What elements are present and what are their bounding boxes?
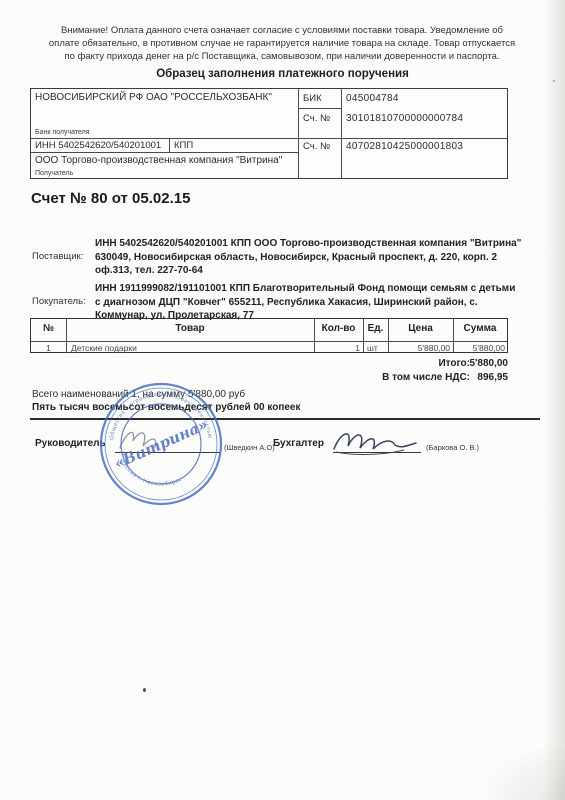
col-header-num: № <box>31 323 66 334</box>
company-stamp: Общество с ограниченной ответственностью… <box>97 380 225 508</box>
divider <box>169 138 170 152</box>
kpp-label: КПП <box>174 140 193 151</box>
col-header-qty: Кол-во <box>314 323 363 334</box>
account-label: Сч. № <box>303 141 330 152</box>
payment-order-sample-title: Образец заполнения платежного поручения <box>0 68 565 80</box>
buyer-details: ИНН 1911999082/191101001 КПП Благотворит… <box>95 282 543 323</box>
row-unit: шт <box>367 343 378 353</box>
row-qty: 1 <box>314 343 360 353</box>
col-header-sum: Сумма <box>453 323 507 334</box>
buyer-label: Покупатель: <box>32 296 86 307</box>
divider <box>298 89 299 178</box>
supplier-label: Поставщик: <box>32 251 83 262</box>
corr-account-label: Сч. № <box>303 113 330 124</box>
accountant-name: (Баркова О. В.) <box>426 443 479 452</box>
account-value: 40702810425000001803 <box>346 141 463 152</box>
bank-label: Банк получателя <box>35 129 90 136</box>
invoice-title: Счет № 80 от 05.02.15 <box>31 190 190 207</box>
bank-name: НОВОСИБИРСКИЙ РФ ОАО "РОССЕЛЬХОЗБАНК" <box>35 92 272 103</box>
supplier-line-1: ИНН 5402542620/540201001 КПП ООО Торгово… <box>95 237 543 251</box>
scan-speck <box>553 80 555 82</box>
payment-warning-text: Внимание! Оплата данного счета означает … <box>47 25 517 63</box>
recipient-company: ООО Торгово-производственная компания "В… <box>35 155 282 166</box>
corr-account-value: 30101810700000000784 <box>346 113 463 124</box>
recipient-label: Получатель <box>35 170 73 177</box>
row-price: 5'880,00 <box>388 343 450 353</box>
inn-value: ИНН 5402542620/540201001 <box>35 140 161 151</box>
bik-label: БИК <box>303 93 322 104</box>
divider <box>31 138 507 139</box>
col-header-unit: Ед. <box>363 323 388 334</box>
row-num: 1 <box>31 343 66 353</box>
scan-speck <box>143 688 146 692</box>
supplier-line-2: 630049, Новосибирская область, Новосибир… <box>95 251 543 265</box>
items-table: № Товар Кол-во Ед. Цена Сумма 1 Детские … <box>30 318 508 353</box>
supplier-line-3: оф.313, тел. 227-70-64 <box>95 264 543 278</box>
bank-requisites-table: НОВОСИБИРСКИЙ РФ ОАО "РОССЕЛЬХОЗБАНК" Ба… <box>30 88 508 179</box>
buyer-line-1: ИНН 1911999082/191101001 КПП Благотворит… <box>95 282 543 296</box>
col-header-price: Цена <box>388 323 453 334</box>
row-sum: 5'880,00 <box>453 343 505 353</box>
scan-shadow-right <box>543 0 565 800</box>
col-header-item: Товар <box>66 323 314 334</box>
buyer-line-2: с диагнозом ДЦП "Ковчег" 655211, Республ… <box>95 296 543 310</box>
accountant-signature-ink <box>334 434 416 449</box>
director-name: (Шведкин А.О) <box>224 443 275 452</box>
director-label: Руководитель <box>35 438 106 449</box>
divider <box>341 89 342 178</box>
vat-value: 896,95 <box>438 372 508 383</box>
accountant-signature-line <box>333 452 421 453</box>
supplier-details: ИНН 5402542620/540201001 КПП ООО Торгово… <box>95 237 543 278</box>
scan-shadow-corner <box>475 740 565 800</box>
row-item: Детские подарки <box>71 343 137 353</box>
total-value: 5'880,00 <box>438 358 508 369</box>
bik-value: 045004784 <box>346 93 399 104</box>
divider <box>31 152 298 153</box>
divider <box>298 108 341 109</box>
accountant-label: Бухгалтер <box>273 438 324 449</box>
invoice-page: Внимание! Оплата данного счета означает … <box>0 0 565 800</box>
